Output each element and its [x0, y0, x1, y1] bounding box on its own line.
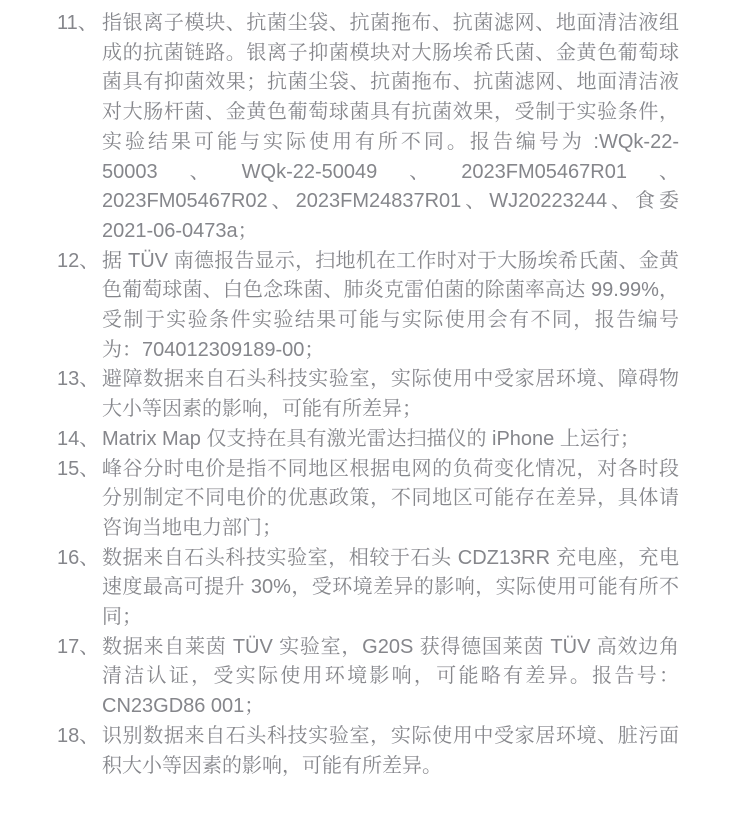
item-number: 18、	[57, 722, 102, 752]
list-item: 15、 峰谷分时电价是指不同地区根据电网的负荷变化情况，对各时段分别制定不同电价…	[57, 455, 679, 544]
list-item: 16、 数据来自石头科技实验室，相较于石头 CDZ13RR 充电座，充电速度最高…	[57, 544, 679, 633]
item-text: 数据来自石头科技实验室，相较于石头 CDZ13RR 充电座，充电速度最高可提升 …	[102, 544, 679, 633]
list-item: 13、 避障数据来自石头科技实验室，实际使用中受家居环境、障碍物大小等因素的影响…	[57, 365, 679, 424]
disclaimer-page: 11、 指银离子模块、抗菌尘袋、抗菌拖布、抗菌滤网、地面清洁液组成的抗菌链路。银…	[0, 0, 750, 832]
item-text: 指银离子模块、抗菌尘袋、抗菌拖布、抗菌滤网、地面清洁液组成的抗菌链路。银离子抑菌…	[102, 9, 679, 247]
item-number: 11、	[57, 9, 102, 39]
item-text: Matrix Map 仅支持在具有激光雷达扫描仪的 iPhone 上运行；	[102, 425, 679, 455]
item-text: 识别数据来自石头科技实验室，实际使用中受家居环境、脏污面积大小等因素的影响，可能…	[102, 722, 679, 781]
list-item: 18、 识别数据来自石头科技实验室，实际使用中受家居环境、脏污面积大小等因素的影…	[57, 722, 679, 781]
list-item: 17、 数据来自莱茵 TÜV 实验室，G20S 获得德国莱茵 TÜV 高效边角清…	[57, 633, 679, 722]
item-number: 12、	[57, 247, 102, 277]
item-number: 14、	[57, 425, 102, 455]
item-text: 避障数据来自石头科技实验室，实际使用中受家居环境、障碍物大小等因素的影响，可能有…	[102, 365, 679, 424]
item-text: 峰谷分时电价是指不同地区根据电网的负荷变化情况，对各时段分别制定不同电价的优惠政…	[102, 455, 679, 544]
list-item: 14、 Matrix Map 仅支持在具有激光雷达扫描仪的 iPhone 上运行…	[57, 425, 679, 455]
item-text: 数据来自莱茵 TÜV 实验室，G20S 获得德国莱茵 TÜV 高效边角清洁认证，…	[102, 633, 679, 722]
item-number: 16、	[57, 544, 102, 574]
item-number: 13、	[57, 365, 102, 395]
item-text: 据 TÜV 南德报告显示，扫地机在工作时对于大肠埃希氏菌、金黄色葡萄球菌、白色念…	[102, 247, 679, 366]
item-number: 17、	[57, 633, 102, 663]
item-number: 15、	[57, 455, 102, 485]
list-item: 11、 指银离子模块、抗菌尘袋、抗菌拖布、抗菌滤网、地面清洁液组成的抗菌链路。银…	[57, 9, 679, 247]
disclaimer-list: 11、 指银离子模块、抗菌尘袋、抗菌拖布、抗菌滤网、地面清洁液组成的抗菌链路。银…	[57, 9, 679, 781]
list-item: 12、 据 TÜV 南德报告显示，扫地机在工作时对于大肠埃希氏菌、金黄色葡萄球菌…	[57, 247, 679, 366]
